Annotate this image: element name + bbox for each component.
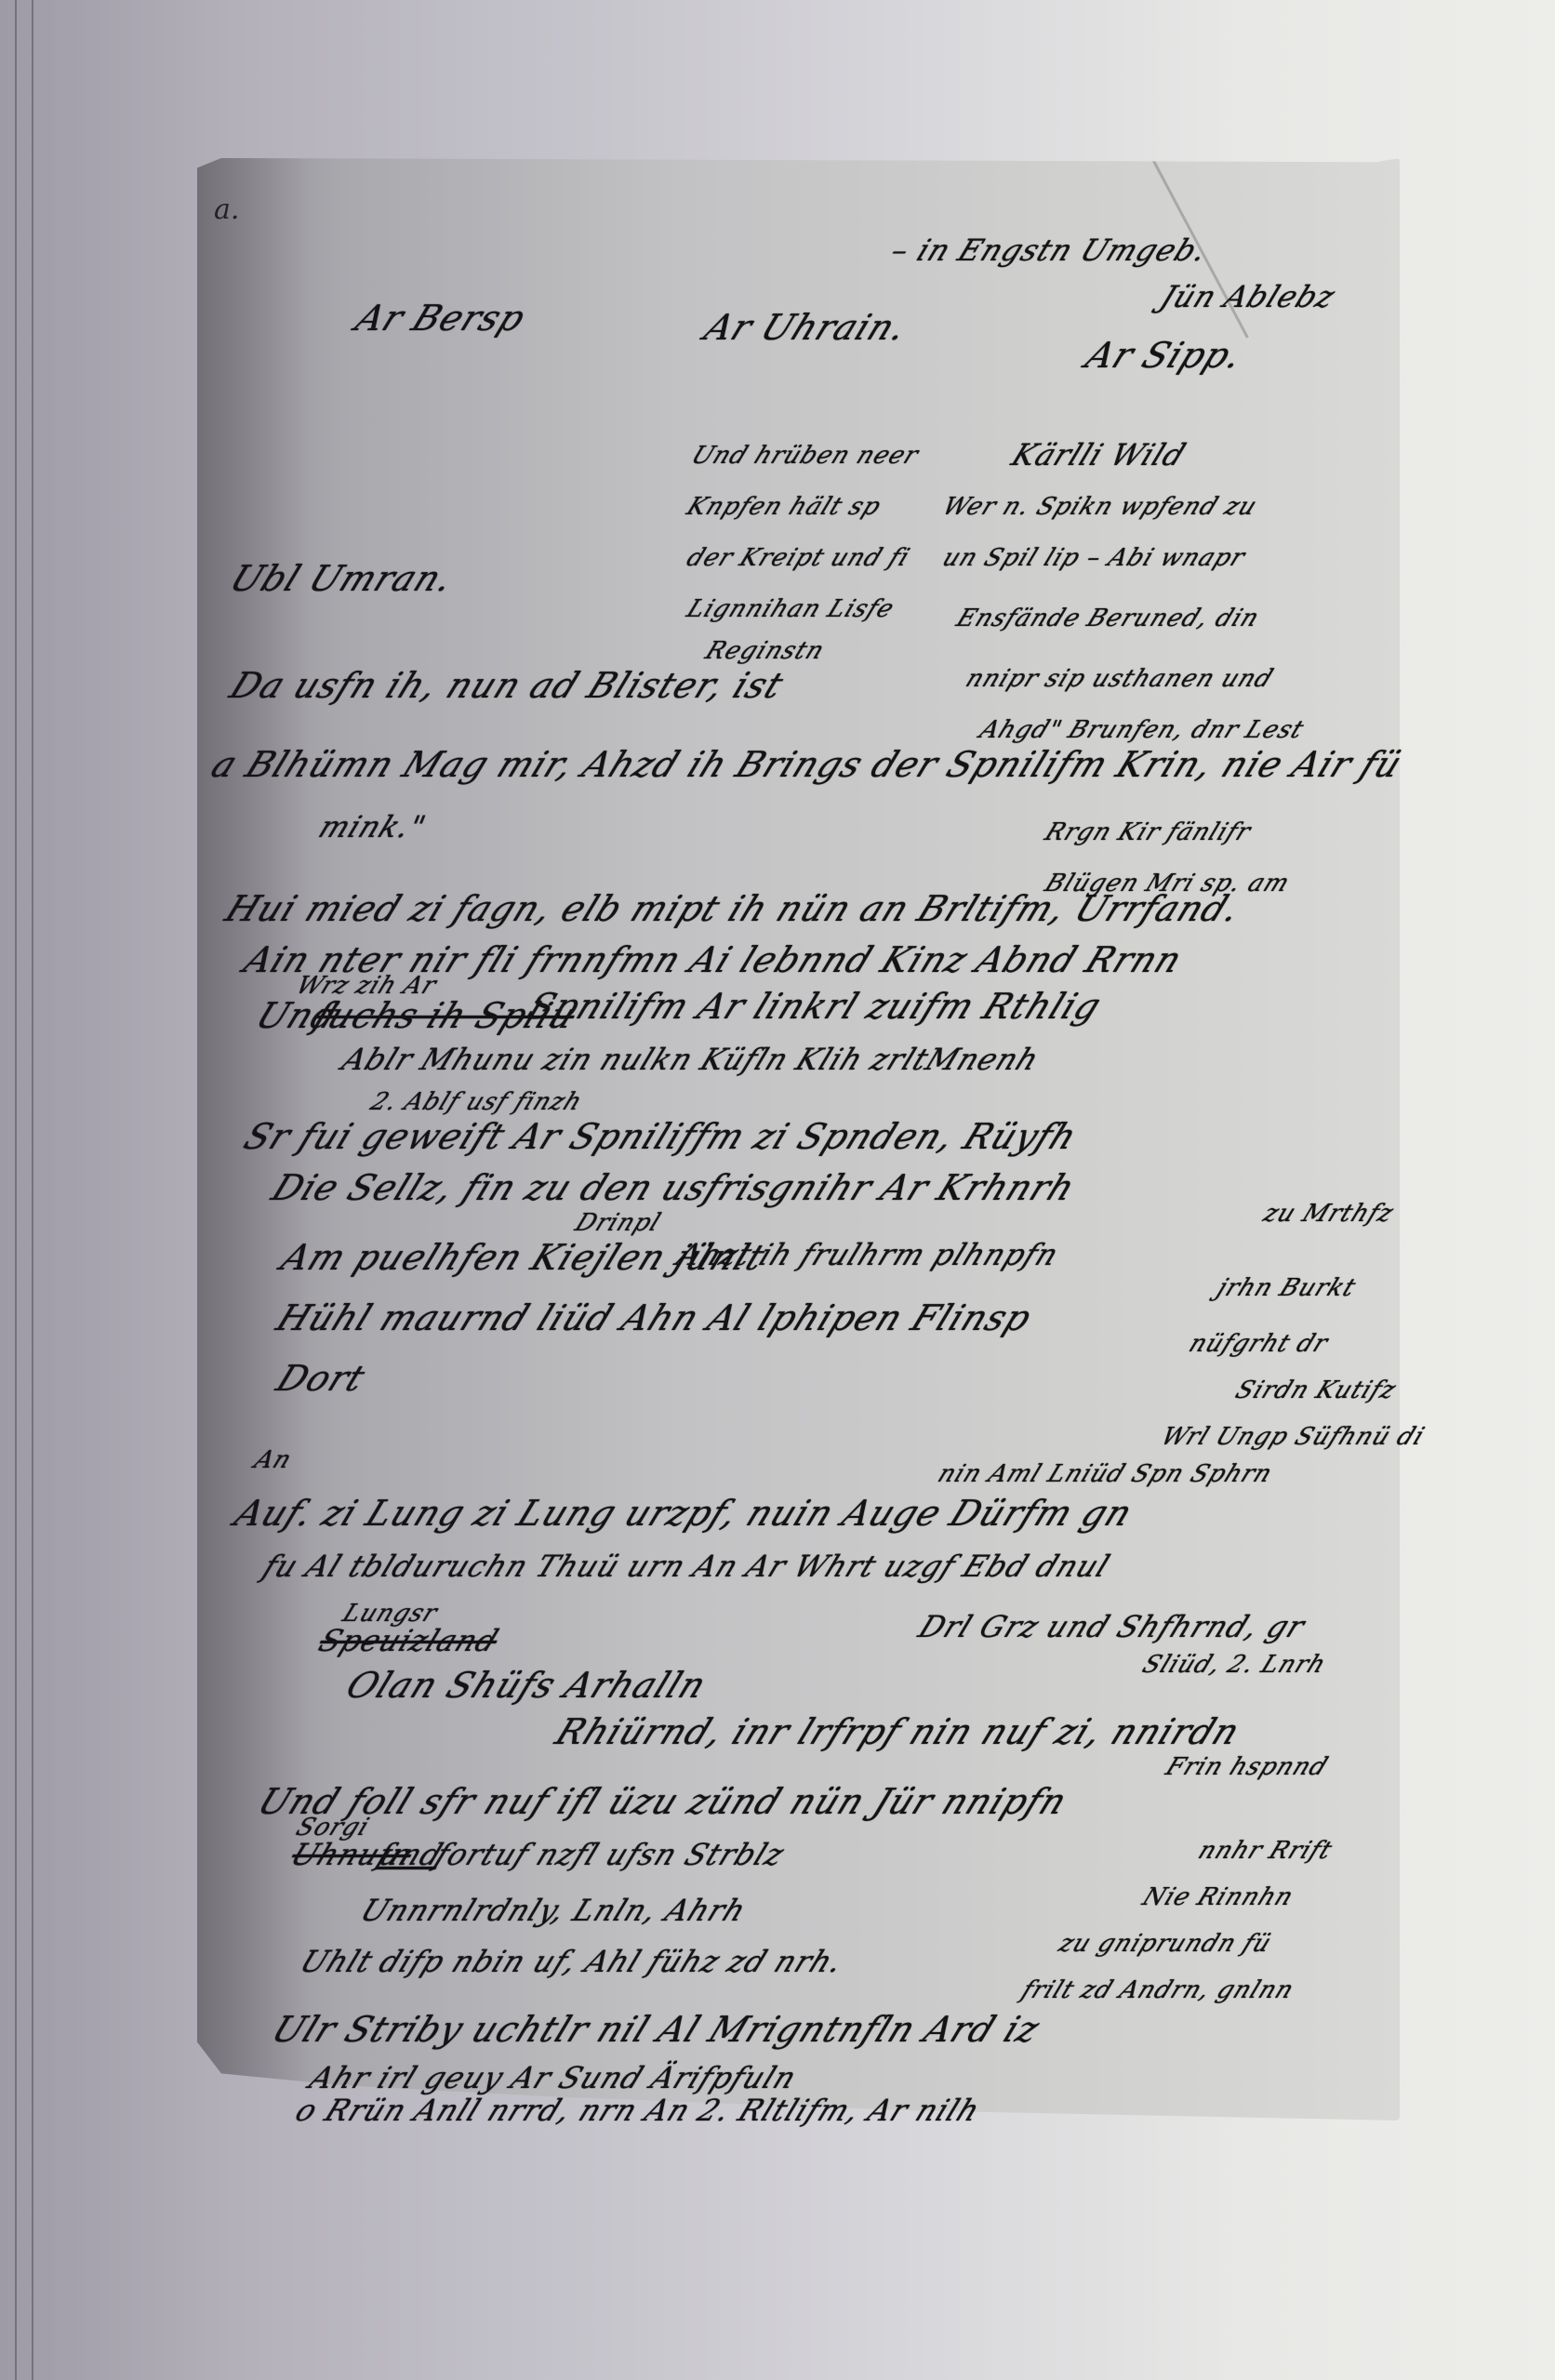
handwritten-line: Dort: [271, 1358, 372, 1399]
handwritten-line: o Rrün Anll nrrd, nrn An 2. Rltlifm, Ar …: [290, 2093, 986, 2128]
handwritten-line: Ar Sipp.: [1080, 335, 1249, 376]
handwritten-line: Wer n. Spikn wpfend zu: [938, 493, 1262, 521]
handwritten-line: nin Aml Lniüd Spn Sphrn: [934, 1460, 1277, 1488]
handwritten-line: Jün Ablebz: [1155, 279, 1341, 314]
handwritten-line: Ahzt ih frulhrm plhnpfn: [671, 1237, 1064, 1272]
handwritten-line: der Kreipt und fi: [683, 544, 914, 572]
handwritten-line: mink.": [313, 809, 432, 844]
handwritten-line: Uhlt: [295, 1944, 379, 1979]
handwritten-line: Kärlli Wild: [1006, 437, 1191, 472]
binding-line-2: [32, 0, 33, 2380]
handwritten-line: un Spil lip – Abi wnapr: [938, 544, 1250, 572]
handwritten-line: Da usfn ih, nun ad Blister, ist: [224, 665, 790, 706]
handwritten-line: frilt zd Andrn, gnlnn: [1017, 1976, 1298, 2004]
handwritten-line: Sirdn Kutifz: [1231, 1376, 1401, 1404]
handwritten-line: nüfgrht dr: [1185, 1330, 1333, 1358]
handwritten-line: difp nbin uf, Ahl fühz zd nrh.: [374, 1944, 849, 1979]
handwritten-line: Drl Grz und Shfhrnd, gr: [913, 1609, 1310, 1644]
page-mark: a.: [214, 193, 239, 226]
handwritten-line: a Blhümn Mag mir, Ahzd ih Brings der Spn…: [206, 744, 1409, 785]
handwritten-line: Olan Shüfs Arhalln: [340, 1665, 712, 1706]
handwritten-line: Wrl Ungp Süfhnü di: [1157, 1423, 1429, 1451]
handwritten-line: Frin hspnnd: [1162, 1753, 1333, 1781]
handwritten-line: zu Mrthfz: [1259, 1200, 1398, 1228]
handwritten-line: Knpfen hält sp: [683, 493, 885, 521]
handwritten-line: Nie Rinnhn: [1138, 1883, 1298, 1911]
handwritten-line: Hühl maurnd liüd Ahn Al lphipen Flinsp: [271, 1297, 1038, 1338]
handwritten-line: Rhiürnd, inr lrfrpf nin nuf zi, nnirdn: [550, 1711, 1246, 1752]
handwritten-line: Reginstn: [701, 637, 829, 665]
handwritten-line: Hui mied zi fagn, elb mipt ih nün an Brl…: [219, 888, 1247, 929]
handwritten-line: Ablr Mhunu zin nulkn Küfln Klih zrltMnen…: [337, 1042, 1044, 1077]
handwritten-line: Ahr irl geuy Ar Sund Ärifpfuln: [304, 2060, 802, 2095]
handwritten-line: jrhn Burkt: [1213, 1274, 1361, 1302]
handwritten-line: Und foll sfr nuf ifl üzu zünd nün Jür nn…: [252, 1781, 1073, 1822]
handwritten-line: Ensfände Beruned, din: [952, 605, 1264, 632]
binding-line-1: [15, 0, 17, 2380]
handwritten-line: Ubl Umran.: [224, 558, 460, 599]
handwritten-line: Spnilifm Ar linkrl zuifm Rthlig: [522, 986, 1108, 1027]
handwritten-line: fortuf nzfl ufsn Strblz: [430, 1837, 790, 1872]
handwritten-line: fu Al tblduruchn Thuü urn An Ar Whrt uzg…: [258, 1549, 1115, 1584]
handwritten-line: zu gniprundn fü: [1055, 1930, 1276, 1958]
handwritten-line: Drinpl: [571, 1209, 665, 1237]
handwritten-line: Ar Uhrain.: [698, 307, 913, 348]
handwritten-line: Rrgn Kir fänlifr: [1041, 818, 1256, 846]
handwritten-line: Speuizland: [313, 1623, 504, 1658]
handwritten-line: – in Engstn Umgeb.: [885, 233, 1213, 268]
handwritten-line: Ulr Striby uchtlr nil Al Mrigntnfln Ard …: [266, 2009, 1046, 2050]
handwritten-line: Lignnihan Lisfe: [683, 595, 898, 623]
handwritten-line: Sr fui geweift Ar Spniliffm zi Spnden, R…: [238, 1116, 1083, 1157]
handwritten-line: Auf. zi Lung zi Lung urzpf, nuin Auge Dü…: [229, 1493, 1139, 1534]
handwritten-line: Und hrüben neer: [687, 442, 924, 470]
handwritten-line: Die Sellz, fin zu den usfrisgnihr Ar Krh…: [266, 1167, 1082, 1208]
handwritten-line: Sliüd, 2. Lnrh: [1138, 1651, 1331, 1679]
handwritten-line: nnipr sip usthanen und: [962, 665, 1278, 693]
handwritten-line: Unnrnlrdnly, Lnln, Ahrh: [355, 1893, 751, 1928]
handwritten-line: Ahgd" Brunfen, dnr Lest: [976, 716, 1309, 744]
handwritten-line: nnhr Rrift: [1194, 1837, 1336, 1865]
handwritten-line: Ar Bersp: [350, 298, 532, 339]
handwritten-line: 2. Ablf usf finzh: [366, 1088, 587, 1116]
